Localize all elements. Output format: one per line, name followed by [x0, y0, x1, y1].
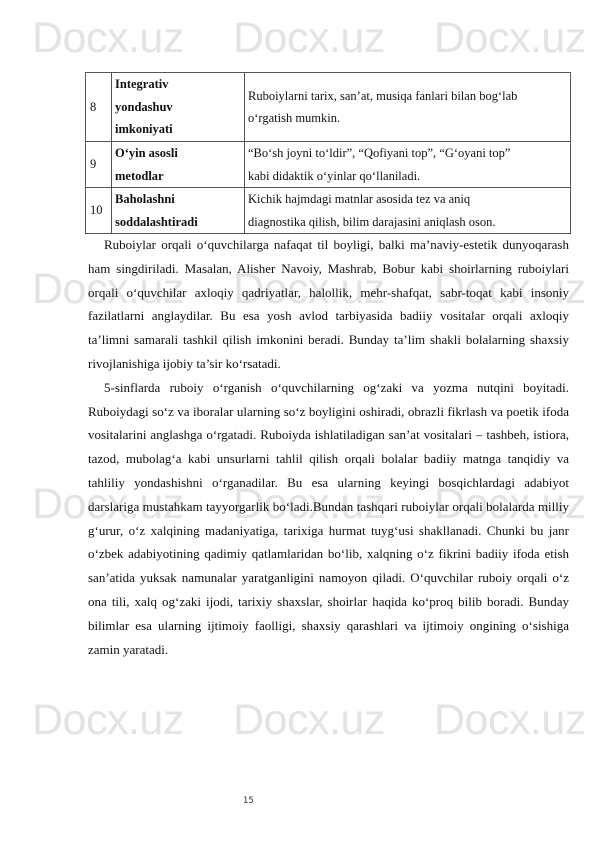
- method-name-line: yondashuv: [115, 96, 241, 119]
- description-line: Kichik hajmdagi matnlar asosida tez va a…: [248, 188, 567, 211]
- page-number: 15: [243, 796, 254, 806]
- table-row: 8 Integrativ yondashuv imkoniyati Ruboiy…: [86, 73, 571, 142]
- method-name: Baholashni soddalashtiradi: [112, 188, 245, 234]
- row-number: 8: [86, 73, 112, 142]
- method-name-line: imkoniyati: [115, 118, 241, 141]
- method-name-line: Baholashni: [115, 188, 241, 211]
- table-row: 9 O‘yin asosli metodlar “Bo‘sh joyni to‘…: [86, 142, 571, 188]
- row-number: 9: [86, 142, 112, 188]
- description-line: “Bo‘sh joyni to‘ldir”, “Qofiyani top”, “…: [248, 142, 567, 165]
- method-name-line: O‘yin asosli: [115, 142, 241, 165]
- watermark-text: Docx.uz: [233, 18, 385, 58]
- method-description: Ruboiylarni tarix, san’at, musiqa fanlar…: [245, 73, 571, 142]
- method-description: Kichik hajmdagi matnlar asosida tez va a…: [245, 188, 571, 234]
- watermark-row: Docx.uz Docx.uz Docx.uz: [0, 18, 595, 58]
- watermark-text: Docx.uz: [32, 700, 184, 740]
- description-line: Ruboiylarni tarix, san’at, musiqa fanlar…: [248, 85, 567, 108]
- paragraph: 5-sinflarda ruboiy o‘rganish o‘quvchilar…: [88, 376, 569, 662]
- description-line: diagnostika qilish, bilim darajasini ani…: [248, 211, 567, 234]
- method-name-line: soddalashtiradi: [115, 211, 241, 234]
- body-text: Ruboiylar orqali o‘quvchilarga nafaqat t…: [88, 233, 569, 661]
- paragraph: Ruboiylar orqali o‘quvchilarga nafaqat t…: [88, 233, 569, 376]
- method-description: “Bo‘sh joyni to‘ldir”, “Qofiyani top”, “…: [245, 142, 571, 188]
- watermark-text: Docx.uz: [434, 18, 586, 58]
- watermark-text: Docx.uz: [32, 18, 184, 58]
- method-name: O‘yin asosli metodlar: [112, 142, 245, 188]
- table-row: 10 Baholashni soddalashtiradi Kichik haj…: [86, 188, 571, 234]
- watermark-text: Docx.uz: [233, 700, 385, 740]
- watermark-row: Docx.uz Docx.uz Docx.uz: [0, 700, 595, 740]
- description-line: o‘rgatish mumkin.: [248, 107, 567, 130]
- method-name-line: metodlar: [115, 165, 241, 188]
- method-name: Integrativ yondashuv imkoniyati: [112, 73, 245, 142]
- description-line: kabi didaktik o‘yinlar qo‘llaniladi.: [248, 165, 567, 188]
- watermark-text: Docx.uz: [434, 700, 586, 740]
- method-name-line: Integrativ: [115, 73, 241, 96]
- methods-table: 8 Integrativ yondashuv imkoniyati Ruboiy…: [85, 72, 571, 234]
- row-number: 10: [86, 188, 112, 234]
